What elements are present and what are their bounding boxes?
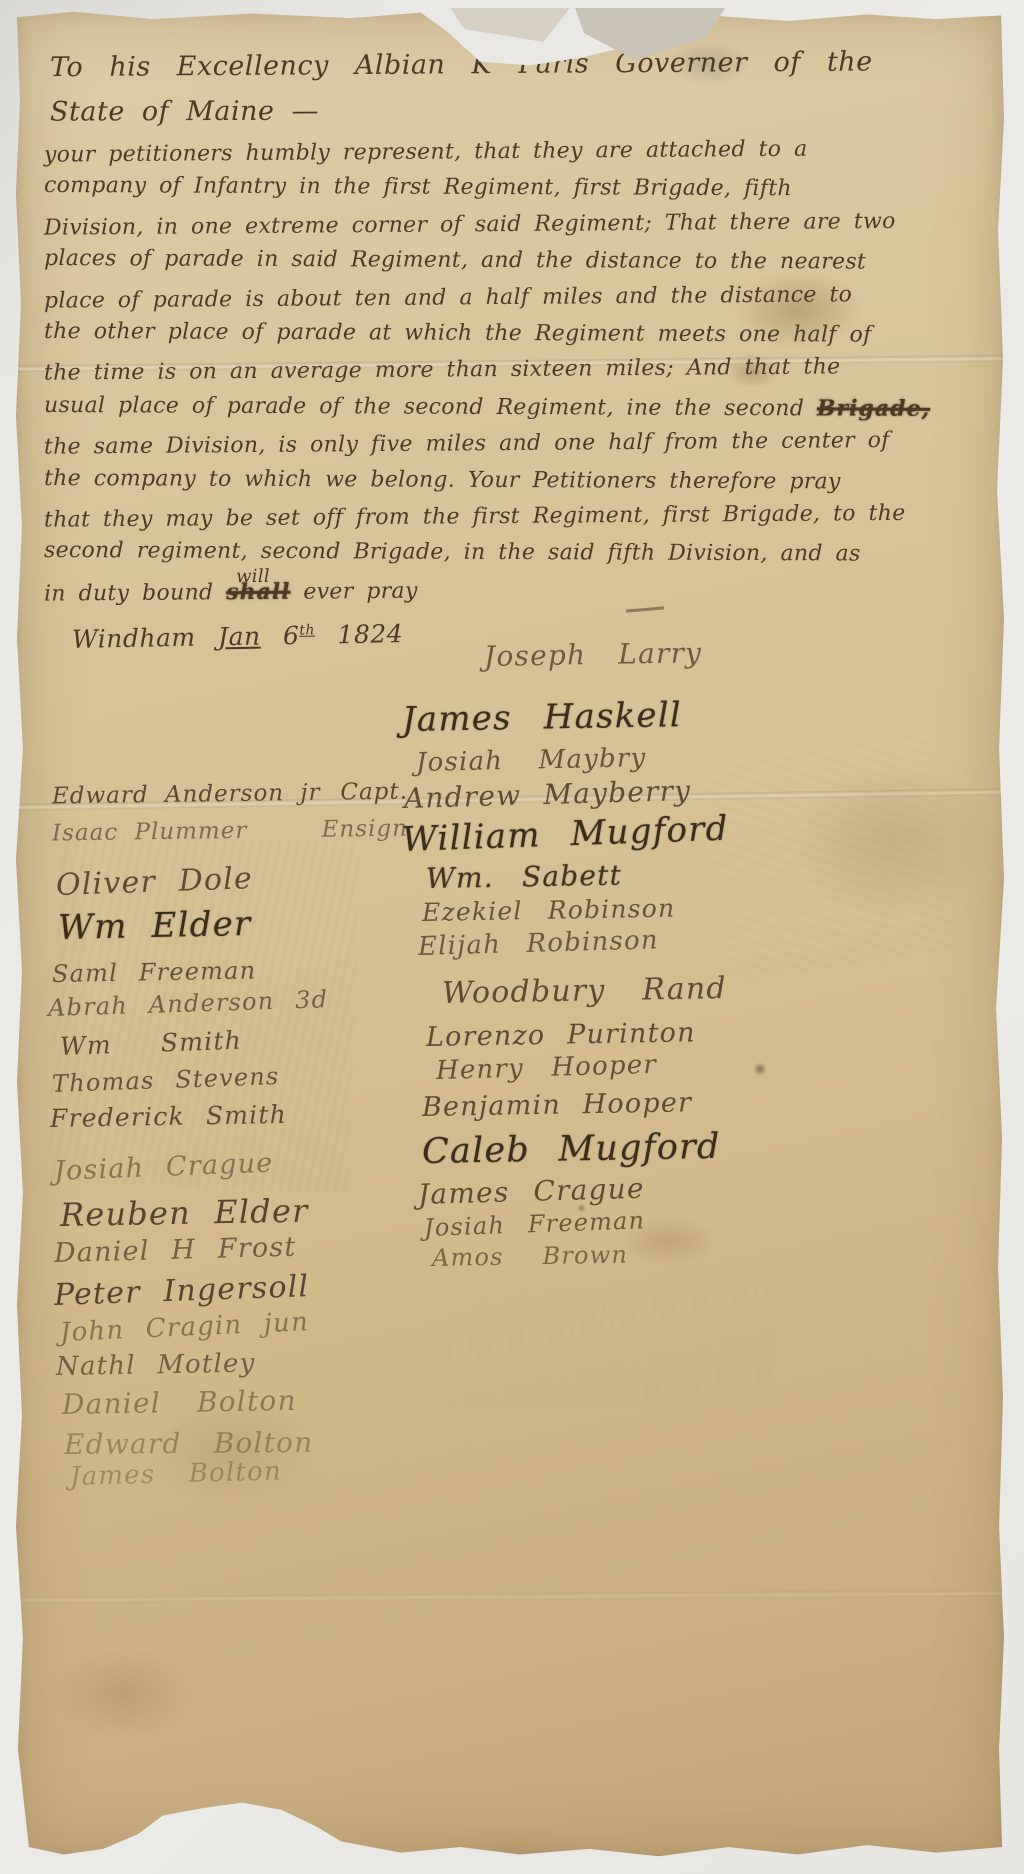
manuscript-line: that they may be set off from the first … <box>44 495 972 539</box>
dateline-month: Jan <box>218 622 261 652</box>
signature: Amos Brown <box>432 1241 629 1272</box>
manuscript-line: company of Infantry in the first Regimen… <box>44 168 972 208</box>
manuscript-line: the time is on an average more than sixt… <box>44 349 972 393</box>
signature-rank: Capt. <box>340 774 408 812</box>
signature: Daniel H Frost <box>54 1232 297 1269</box>
signature: James Haskell <box>402 695 683 740</box>
manuscript-line: place of parade is about ten and a half … <box>44 276 972 320</box>
signature: Wm. Sabett <box>426 859 623 895</box>
salutation-line: To his Excellency Albian K Paris Governe… <box>50 39 962 91</box>
signature: Oliver Dole <box>55 861 253 903</box>
signature-name: Edward Anderson jr <box>52 775 321 816</box>
signature: Caleb Mugford <box>422 1127 721 1172</box>
line-text: usual place of parade of the second Regi… <box>44 393 804 421</box>
signature: Josiah Crague <box>53 1148 274 1187</box>
signature: Saml Freeman <box>52 956 257 988</box>
signature: Lorenzo Purinton <box>426 1017 696 1053</box>
signature: Frederick Smith <box>50 1100 287 1133</box>
line-text: ever pray <box>303 579 418 605</box>
signature: Reuben Elder <box>60 1192 309 1234</box>
signature: James Crague <box>418 1172 646 1211</box>
inserted-word: will <box>236 559 270 596</box>
signature: Nathl Motley <box>56 1349 256 1382</box>
correction: will shall <box>226 579 303 605</box>
signature: Wm Smith <box>59 1026 242 1061</box>
manuscript-line: the same Division, is only five miles an… <box>44 423 972 467</box>
manuscript-line: the company to which we belong. Your Pet… <box>44 461 972 501</box>
signature: William Mugford <box>401 809 729 860</box>
dateline-year: 1824 <box>337 619 403 649</box>
signature: Andrew Mayberry <box>404 774 692 815</box>
fold-crease <box>14 1590 1006 1604</box>
signature: Joseph Larry <box>484 636 703 673</box>
manuscript-line: places of parade in said Regiment, and t… <box>44 241 972 281</box>
petition-body: your petitioners humbly represent, that … <box>44 134 972 609</box>
signature: John Cragin jun <box>59 1307 309 1348</box>
signature-name: Isaac Plummer <box>52 813 248 853</box>
manuscript-line-with-strikeout: usual place of parade of the second Regi… <box>44 387 972 428</box>
signature: Thomas Stevens <box>52 1062 280 1098</box>
signature: Ezekiel Robinson <box>422 894 676 927</box>
signature: Isaac Plummer Ensign <box>52 811 408 853</box>
signature: Henry Hooper <box>436 1050 658 1086</box>
signature: Woodbury Rand <box>442 971 727 1011</box>
dateline-ordinal: th <box>299 622 315 638</box>
manuscript-line: the other place of parade at which the R… <box>44 314 972 354</box>
signature: Edward Anderson jr Capt. <box>52 774 408 816</box>
torn-paper-scrap <box>450 8 570 42</box>
manuscript-line: Division, in one extreme corner of said … <box>44 203 972 247</box>
signature: Benjamin Hooper <box>422 1087 693 1123</box>
signature: Josiah Maybry <box>416 743 647 778</box>
struck-word: Brigade, <box>817 395 930 421</box>
signature: Daniel Bolton <box>62 1384 297 1421</box>
signature: James Bolton <box>70 1456 283 1492</box>
dateline-day: 6 <box>283 621 300 650</box>
petition-paper: To his Excellency Albian K Paris Governe… <box>14 8 1006 1860</box>
dateline: Windham Jan 6th 1824 <box>72 619 404 654</box>
signature: Wm Elder <box>58 904 252 948</box>
line-text: in duty bound <box>44 580 214 606</box>
manuscript-line-with-insertion: in duty bound will shall ever pray <box>44 568 972 613</box>
signature-rank: Ensign <box>321 811 408 849</box>
manuscript-line: second regiment, second Brigade, in the … <box>44 533 972 573</box>
ink-bleedthrough <box>700 733 958 983</box>
signature: Josiah Freeman <box>424 1206 646 1242</box>
ink-bleedthrough <box>444 1288 774 1408</box>
signature: Abrah Anderson 3d <box>48 985 329 1022</box>
signature: Elijah Robinson <box>418 925 660 962</box>
scanned-document: To his Excellency Albian K Paris Governe… <box>0 0 1024 1874</box>
manuscript-line: your petitioners humbly represent, that … <box>44 130 972 174</box>
officer-signatures: Edward Anderson jr Capt. Isaac Plummer E… <box>52 776 408 850</box>
salutation: To his Excellency Albian K Paris Governe… <box>50 42 962 134</box>
salutation-line: State of Maine — <box>50 86 962 135</box>
signature: Peter Ingersoll <box>53 1269 309 1313</box>
dateline-place: Windham <box>72 623 196 654</box>
